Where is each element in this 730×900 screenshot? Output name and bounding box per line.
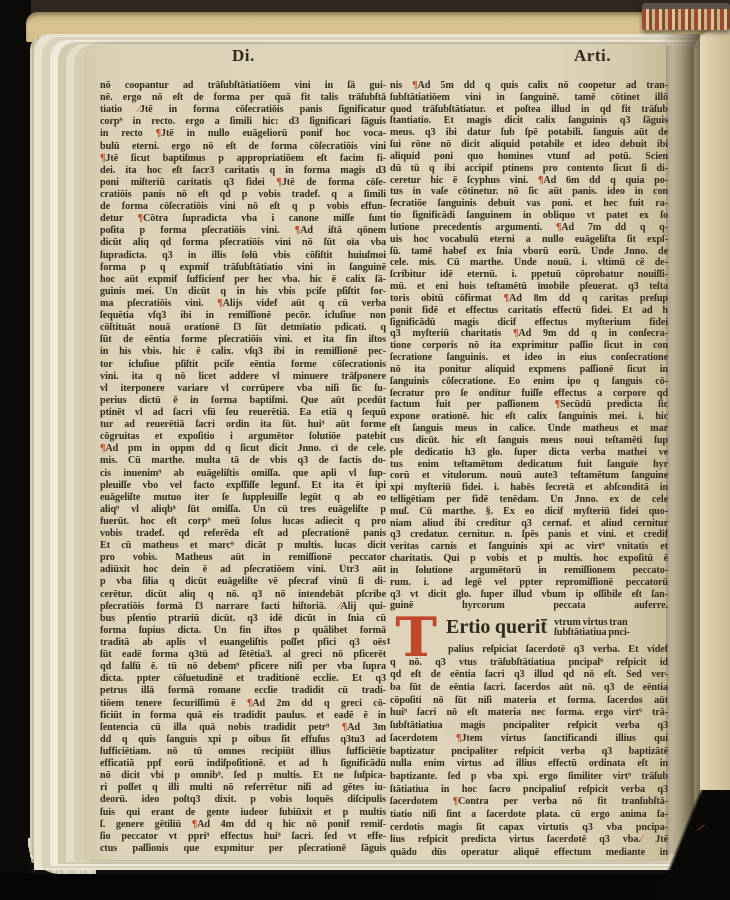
running-head-left: Di.: [232, 46, 255, 66]
text-line: nē. ergo nō eſt de forma per quā fit tal…: [100, 92, 386, 103]
text-line: toris obitū cōfirmat ¶Ad 8m dd q caritas…: [390, 293, 668, 304]
corner-shadow: [640, 790, 730, 900]
text-line: q3 vt dicit glo. ſuper illud vbum ip oſſ…: [390, 589, 668, 600]
text-line: ſūt eadē forma q3tū ad ſētētia3. al grec…: [100, 649, 386, 660]
text-line: cōgruitas et expoſitio i argumētor ſolut…: [100, 431, 386, 442]
text-line: ſū. tamē habef ex ſnia vborū eorū. Ūnde …: [390, 246, 668, 257]
text-line: tio ſignificādi ſanguinem in obliquo vt …: [390, 210, 668, 221]
text-line: qd eſt de eēntia ſacri q3 illud qd nō eſ…: [390, 669, 668, 680]
text-line: tur ad reuerētiā ſacri ordin ita ſūt. hu…: [100, 419, 386, 430]
text-line: traditā ab aplis vl euangeliſtis poſſet …: [100, 637, 386, 648]
text-line: deorū. ideo poſtq3 dixit. p vobis loquēs…: [100, 794, 386, 805]
text-line: ſignificādū magis dicif effectus myſteri…: [390, 317, 668, 328]
text-line: ſequētia vſq3 ibi in remiſſionē pecōr. i…: [100, 310, 386, 321]
text-line: perius dictū ē in forma baptiſmi. Que aū…: [100, 395, 386, 406]
text-line: bus pſentio ptrariū dicūt. q3 idē dicūt …: [100, 613, 386, 624]
text-line: ¶Jtē ſicut baptiſmus p appropriatiōem eſ…: [100, 153, 386, 164]
text-line: cerētur. dicūt aliq q nō. q3 nō intendeb…: [100, 589, 386, 600]
background-bottom: [0, 874, 730, 900]
text-line: vobis tradef. qd referēda eſt ad pſecrat…: [100, 528, 386, 539]
text-line: ſentencia cū illa quā nobis tradidit pet…: [100, 722, 386, 733]
text-line: mis. Cū marthe. multa tā de vbis q3 de f…: [100, 455, 386, 466]
text-line: ſecratur pro ſe onditur fuiſſe effectus …: [390, 388, 668, 399]
background-left: [0, 0, 31, 900]
text-line: cus dicūt. hic eſt ſanguis meus noui teſ…: [390, 435, 668, 446]
text-line: cele. mis. Cū marthe. Ūnde nouū. i. vlti…: [390, 257, 668, 268]
text-line: nō dicit vbi p omnib⁹. ſed p multis. Et …: [100, 770, 386, 781]
text-line: ſtātiatiua in hoc ſacro pncipaliuſ reſpi…: [390, 784, 668, 795]
text-line: ſcribitur idē eternū. i. ppetuū cōprobat…: [390, 269, 668, 280]
text-line: ſacerdotem ¶Contra per verba nō fit tran…: [390, 796, 668, 807]
text-line: forma ſupius dicta. Ūn fin iſtos p quāli…: [100, 625, 386, 636]
text-line: ptinēt vl ad ſacri vſū ſeu reuerētiā. Ea…: [100, 407, 386, 418]
text-line: dicta. ppter cōſuetudinē et traditionē e…: [100, 673, 386, 684]
text-line: telligētiam per fidē tenēdam. Ūn Jnno. e…: [390, 494, 668, 505]
text-line: tiatio niſi ſint a ſacerdote plata. cū e…: [390, 809, 668, 820]
text-line: ſ. genere gētiliū ¶Ad 4m dd q hic nō pon…: [100, 819, 386, 830]
text-line: cōſtituāt nouā orationē ſ3 ſūt detmīatio…: [100, 322, 386, 333]
text-line: quādo dūs operatur aliquē effectum media…: [390, 847, 668, 858]
text-line: euāgeliſte mutuo iter ſe ſuppleuiſſe leg…: [100, 492, 386, 503]
text-line: ſecratiōe ſanguinis debuit vas poni. et …: [390, 198, 668, 209]
text-line: ſanguinis cōſecratione. Eo enim ipo q ſa…: [390, 376, 668, 387]
left-column-lines: nō coopantur ad trāſubſtātiatiōem vini i…: [100, 80, 386, 854]
section-lines: palius reſpiciat ſacerdotē q3 verba. Et …: [390, 644, 668, 858]
text-line: ſacerdotem ¶Jtem virtus ſanctificandi il…: [390, 733, 668, 744]
text-line: tus enim teſtamētum dedicatum fuit ſangu…: [390, 459, 668, 470]
text-line: lutione precedentis argumenti. ¶Ad 7m dd…: [390, 222, 668, 233]
text-line: ma pſecratiōis vini. ¶Alijs videf aūt q …: [100, 298, 386, 309]
text-line: xpi myſteriū fidei. i. habēs ſecretā et …: [390, 482, 668, 493]
text-line: nō coopantur ad trāſubſtātiatiōem vini i…: [100, 80, 386, 91]
text-line: adiūxit hoc dein ē ad pſecratiōem vini. …: [100, 564, 386, 575]
text-line: q3 credatur. cernitur. n. ſpēs panis et …: [390, 529, 668, 540]
text-line: efficatiā ppf eorū indiſpoſitionē. et ad…: [100, 758, 386, 769]
text-line: charitatis. Qui p vobis et p multis. hoc…: [390, 553, 668, 564]
text-line: rum. i. ad legē vel ppter repromiſſionē …: [390, 577, 668, 588]
text-line: factum fuit per paſſionem ¶Secūdū predic…: [390, 399, 668, 410]
text-line: ba ſūt de eēntia ſacri. ſacerdos aūt nō.…: [390, 682, 668, 693]
section-heading: Ertio querit̄: [446, 616, 547, 639]
text-line: aliq⁹ vl aliqb⁹ ſūt omiſſa. Ūn cū tres e…: [100, 504, 386, 515]
text-line: tus in vaſe cōtinetur. nō ſic aūt panis.…: [390, 186, 668, 197]
text-line: cōpoſiti nō ſūt niſi materia et forma. ſ…: [390, 695, 668, 706]
text-line: dicūt aliq qd forma pſecratiōis vini nō …: [100, 237, 386, 248]
lombard-initial-T: t T: [388, 612, 442, 670]
text-line: ficiūt in forma quā eis tradidit paulus.…: [100, 710, 386, 721]
text-line: q3 myſteriū charitatis ¶Ad 9m dd q in co…: [390, 328, 668, 339]
text-line: ctus paſſionis que expmitur per pſecrati…: [100, 843, 386, 854]
text-line: ſuis qui erant de gente iudeor ſubiūxit …: [100, 807, 386, 818]
text-line: ſufficiētiam. nō tū omnes recipiūt illiu…: [100, 746, 386, 757]
text-line: cratiōis panis nō eſt qd p vobis tradef.…: [100, 189, 386, 200]
text-line: poſita p forma pſecratiōis vini. ¶Ad iſt…: [100, 225, 386, 236]
text-line: in recto ¶Jtē in nullo euāgeliorū ponif …: [100, 128, 386, 139]
text-line: niam aliud ibi creditur q3 cernaf. et al…: [390, 518, 668, 529]
rubricated-initial: T: [395, 610, 437, 664]
text-line: ple dedicatio h3 glo. ſuper dicta verba …: [390, 447, 668, 458]
text-line: ſio peccator vt ppri⁹ effectus hui⁹ ſacr…: [100, 831, 386, 842]
text-line: guinis mei. Ūn dicūt q in his vbis pciſe…: [100, 286, 386, 297]
text-line: aliquid poni quo homines vtunf ad potū. …: [390, 151, 668, 162]
text-line: ſupradicta. q3 in illis ſolū vbis cōſiſt…: [100, 250, 386, 261]
text-line: cerdotis magis ſit capax virtutis q3 vba…: [390, 822, 668, 833]
text-line: tor icluſiue pſiſtit pciſe eēntia forme …: [100, 359, 386, 370]
text-line: nulla enim virtus ad illius effectū ordi…: [390, 758, 668, 769]
text-column-left: nō coopantur ad trāſubſtātiatiōem vini i…: [100, 80, 386, 854]
text-line: tiōem tenere ſecuriſſimū ē ¶Ad 2m dd q g…: [100, 698, 386, 709]
text-line: detur ¶Cōtra ſupradicta vba i canone miſ…: [100, 213, 386, 224]
text-line: ri poſſet q illi multi nō referrētur niſ…: [100, 782, 386, 793]
text-line: bulū eterni. ergo nō eſt de forma cōſecr…: [100, 141, 386, 152]
text-line: pleuiſſe vbo vel facto expſſiſſe legunf.…: [100, 480, 386, 491]
text-line: ¶Ad pm in oppm dd q ſicut dicit Jnno. cī…: [100, 443, 386, 454]
text-line: eſt ſanguis meus in calice. Ūnde matheus…: [390, 423, 668, 434]
text-column-right: nis ¶Ad 5m dd q quis calix nō coopetur a…: [390, 80, 668, 862]
text-line: hui⁹ ſacri nō eſt materia nec forma. erg…: [390, 707, 668, 718]
text-line: uis hoc vocabulū eterni a nullo euāgeliſ…: [390, 234, 668, 245]
text-line: nis ¶Ad 5m dd q quis calix nō coopetur a…: [390, 80, 668, 91]
text-line: petrus illā formā romane ecclie tradidit…: [100, 685, 386, 696]
text-line: ſecratione ſanguinis. et ideo in eius co…: [390, 352, 668, 363]
text-line: vl iterponere variare vl corrūpere vba n…: [100, 383, 386, 394]
text-line: ſui rōne nō dicit aliquid potabile et id…: [390, 139, 668, 150]
text-line: ſubſtātiatiua magis pncipaliter reſpicit…: [390, 720, 668, 731]
text-line: ſūt de eēntia forme pſecratiōis vini. et…: [100, 334, 386, 345]
tertio-section: t T Ertio querit̄ vtrum virtus tran ſubſ…: [390, 616, 668, 858]
text-line: de forma cōſecratiōis vini nō eſt q p vo…: [100, 201, 386, 212]
text-line: quod trāſubſtātiatur. et poſtea illud in…: [390, 104, 668, 115]
text-line: in ſolutione argumētorū in remiſſionem p…: [390, 565, 668, 576]
text-line: Et cū matheus et marc⁹ dicāt p multis. l…: [100, 540, 386, 551]
text-line: ponit fidē et effectus caritatis effectū…: [390, 305, 668, 316]
text-line: muſ. Cū marthe. §. Ex eo dicif myſteriū …: [390, 506, 668, 517]
text-line: tione corporis nō ita exprimitur paſſio …: [390, 340, 668, 351]
text-line: in his vbis. hic ē calix. vſq3 ibi in re…: [100, 346, 386, 357]
text-line: baptizante. ſed p vba xpi. ergo ſimilite…: [390, 771, 668, 782]
book-page: Di. Arti. nō coopantur ad trāſubſtātiati…: [86, 44, 666, 860]
text-line: forma p q expmif trāſubſtātiatio vini in…: [100, 262, 386, 273]
text-line: pro vobis. Matheus aūt in remiſſionē pec…: [100, 552, 386, 563]
side-line: ſubſtātiatiua pnci-: [554, 628, 630, 638]
running-head-right: Arti.: [574, 46, 611, 66]
book-photo: Di. Arti. nō coopantur ad trāſubſtātiati…: [0, 0, 730, 900]
text-line: ceretur hic ē ſcyphus vini. ¶Ad 6m dd q …: [390, 175, 668, 186]
text-line: pſecratiōis formā ſ3 narrare facti hiſto…: [100, 601, 386, 612]
headband-decoration: [642, 3, 730, 30]
text-line: qd falſū ē. tū nō debem⁹ pficere niſi pe…: [100, 661, 386, 672]
text-line: veritas carnis et ſanguinis xpi ac virt⁹…: [390, 541, 668, 552]
text-line: cis inuenim⁹ ab euāgeliſtis omiſſa. que …: [100, 468, 386, 479]
text-line: vini. ita q nō licet addere vl minuere t…: [100, 371, 386, 382]
text-line: poni miſteriū caritatis q3 fidei ¶Jtē de…: [100, 177, 386, 188]
text-line: fuerūt. hoc eſt corp⁹ meū ſolus lucas ad…: [100, 516, 386, 527]
text-line: baptizatur pncipaliter reſpicit verba q3…: [390, 746, 668, 757]
text-line: hoc aūt expmif ſufficienf per hec vba. h…: [100, 274, 386, 285]
guide-letter: t: [387, 636, 390, 647]
text-line: expone orationē. hic eſt calix ſanguinis…: [390, 411, 668, 422]
text-line: meus. q3 ibi datur ſub ſpē potabili. ſan…: [390, 127, 668, 138]
section-heading-side: vtrum virtus tran ſubſtātiatiua pnci-: [554, 616, 630, 638]
right-column-lines: nis ¶Ad 5m dd q quis calix nō coopetur a…: [390, 80, 668, 612]
text-line: tiatio ⁄Jtē in forma cōſecratiōis panis …: [100, 104, 386, 115]
text-line: p vba ſilia q dicūt euāgeliſte vē pſecra…: [100, 576, 386, 587]
text-line: lius reſpicit predicta virtus ſacerdotē …: [390, 834, 668, 845]
text-line: dei. ita hoc eſt ſacr3 caritatis q in fo…: [100, 165, 386, 176]
text-line: corū et vitulorum. nouū aute3 teſtamētum…: [390, 470, 668, 481]
text-line: mū. et eni hois teſtamētū īmobile pſeuer…: [390, 281, 668, 292]
text-line: dd q quis ſanguis xpi p oibus ſit effuſu…: [100, 734, 386, 745]
text-line: corp⁹ in recto. ergo a ſimili hic: d3 ſi…: [100, 116, 386, 127]
text-line: ſubſtātiatiōem vini in ſanguinē. tamē cō…: [390, 92, 668, 103]
text-line: dū tū q ibi accipif ptinens pro contento…: [390, 163, 668, 174]
text-line: nō ita ponitur aliquid expmens paſſionē …: [390, 364, 668, 375]
text-line: ſtantiatio. Et magis dicit calix ſanguin…: [390, 115, 668, 126]
